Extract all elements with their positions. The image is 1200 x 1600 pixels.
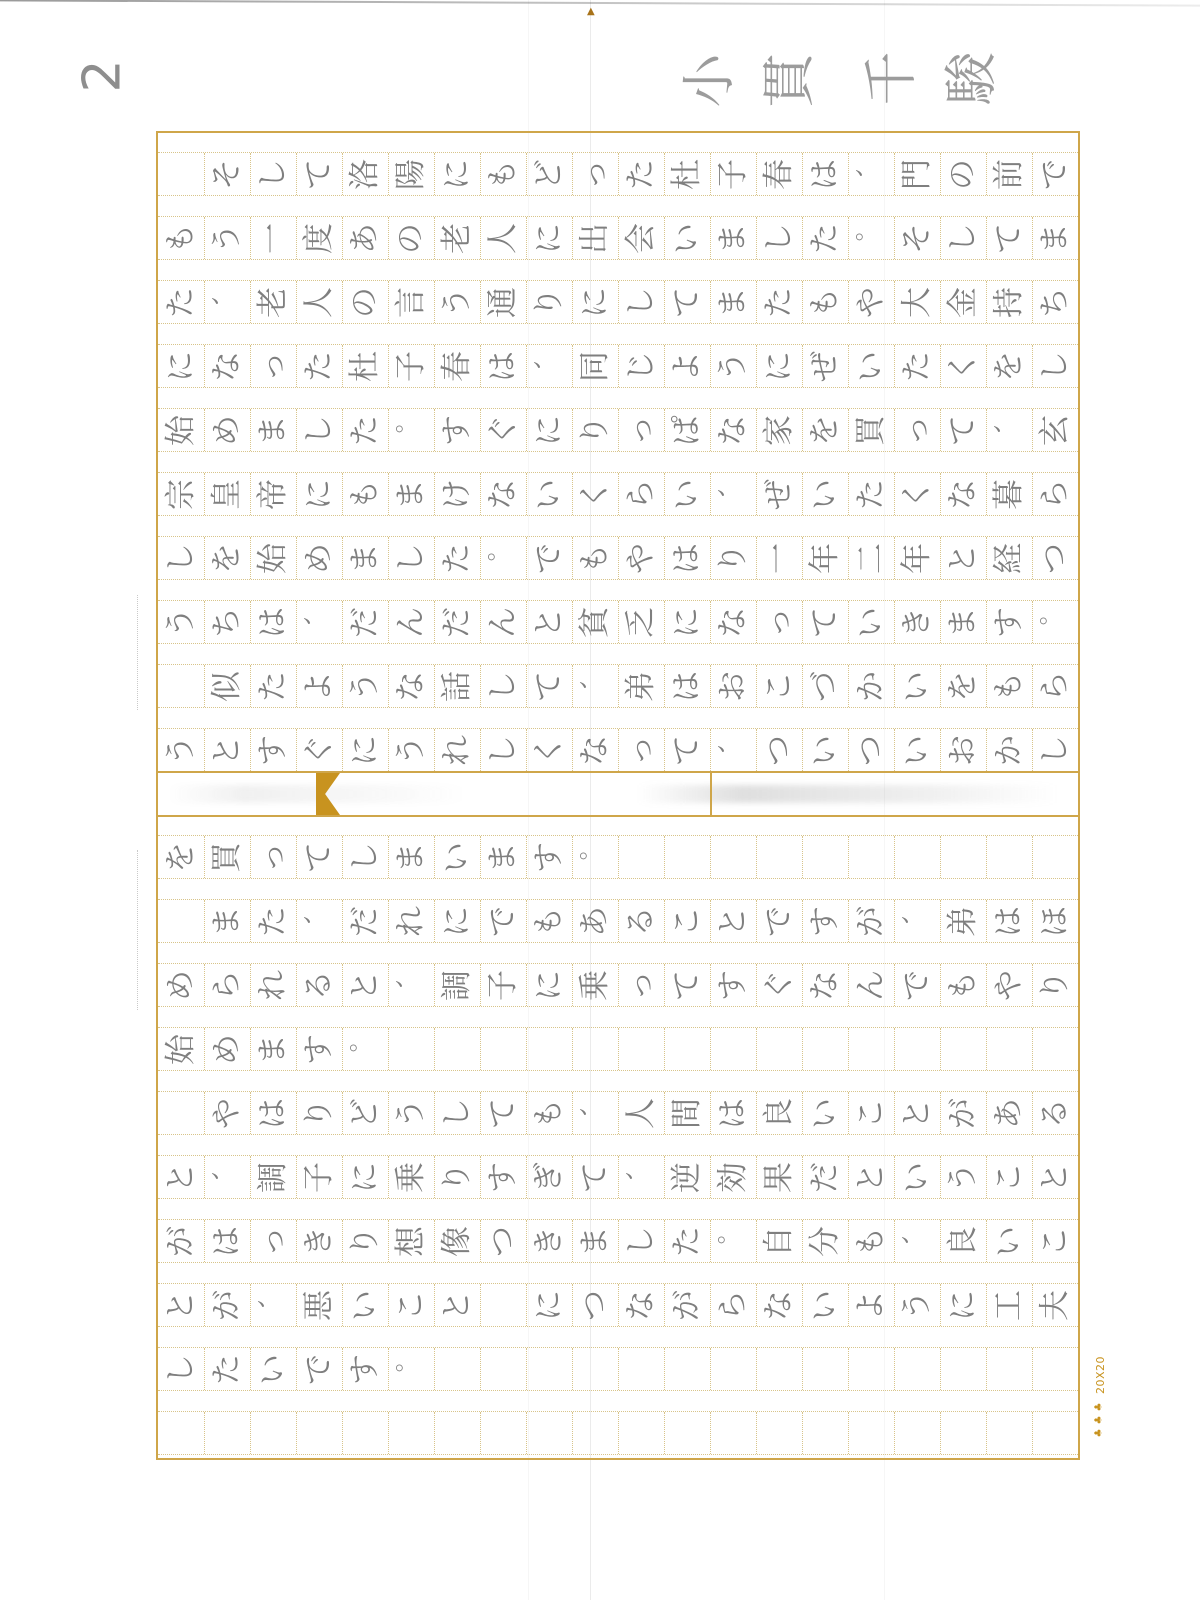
handwritten-character: 年 (810, 543, 841, 574)
grid-cell: い (434, 836, 480, 878)
grid-cell: は (802, 153, 848, 195)
grid-cell (388, 1412, 434, 1454)
grid-cell: し (1032, 729, 1078, 771)
grid-cell: い (342, 1284, 388, 1326)
handwritten-character: り (304, 1098, 335, 1129)
handwritten-character: よ (672, 351, 703, 382)
handwritten-character: り (718, 543, 749, 574)
center-band-top-line (158, 771, 1078, 773)
grid-cell: 調 (434, 964, 480, 1006)
handwritten-character: 同 (580, 351, 611, 382)
handwritten-character: れ (258, 970, 289, 1001)
handwritten-character: が (948, 1098, 979, 1129)
grid-cell: ど (342, 1092, 388, 1134)
grid-cell (848, 836, 894, 878)
grid-cell: め (158, 964, 204, 1006)
handwritten-character: い (856, 607, 887, 638)
grid-cell: し (250, 153, 296, 195)
grid-cell: た (296, 345, 342, 387)
grid-size-label: 20X20 (1094, 1354, 1108, 1396)
grid-cell: や (986, 964, 1032, 1006)
handwritten-character: 。 (487, 538, 511, 562)
handwritten-character: な (626, 1290, 657, 1321)
handwritten-character: ら (626, 479, 657, 510)
grid-cell: っ (250, 836, 296, 878)
grid-cell: 春 (434, 345, 480, 387)
ornament-icon: ♣ (1094, 1416, 1104, 1425)
grid-cell: 子 (296, 1156, 342, 1198)
handwritten-character: う (396, 735, 427, 766)
handwritten-character: い (534, 479, 565, 510)
handwritten-character: し (442, 1098, 473, 1129)
handwritten-character: を (948, 671, 979, 702)
grid-cell: た (848, 473, 894, 515)
handwritten-character: 。 (579, 837, 603, 861)
handwritten-character: う (442, 287, 473, 318)
grid-cell: た (250, 665, 296, 707)
handwritten-character: す (810, 906, 841, 937)
grid-cell: り (710, 537, 756, 579)
handwritten-character: し (166, 543, 197, 574)
grid-cell: の (342, 281, 388, 323)
handwritten-character: 良 (764, 1098, 795, 1129)
handwritten-character: く (580, 479, 611, 510)
manuscript-row: うちは、だんだんと貧乏になっていきます。 (158, 600, 1078, 644)
grid-cell: ま (710, 281, 756, 323)
grid-cell: だ (802, 1156, 848, 1198)
handwritten-character: 調 (442, 970, 473, 1001)
grid-cell: り (526, 281, 572, 323)
grid-cell: や (618, 537, 664, 579)
handwritten-character: 人 (304, 287, 335, 318)
handwritten-character: 、 (257, 1285, 281, 1309)
grid-cell: て (664, 281, 710, 323)
handwritten-character: も (350, 479, 381, 510)
handwritten-character: ぜ (764, 479, 795, 510)
handwritten-character: て (488, 1098, 519, 1129)
handwritten-character: 、 (395, 965, 419, 989)
grid-cell (756, 1028, 802, 1070)
grid-cell: 人 (296, 281, 342, 323)
handwritten-character: 宗 (166, 479, 197, 510)
grid-cell: も (342, 473, 388, 515)
handwritten-character: 話 (442, 671, 473, 702)
grid-cell: 帝 (250, 473, 296, 515)
grid-cell: な (618, 1284, 664, 1326)
grid-cell: 人 (480, 217, 526, 259)
handwritten-character: は (672, 543, 703, 574)
grid-cell: こ (848, 1092, 894, 1134)
grid-cell: す (710, 964, 756, 1006)
handwritten-character: 、 (211, 282, 235, 306)
handwritten-character: 陽 (396, 159, 427, 190)
handwritten-character: 、 (303, 602, 327, 626)
handwritten-character: し (396, 543, 427, 574)
handwritten-character: は (488, 351, 519, 382)
handwritten-character: な (580, 735, 611, 766)
grid-cell: が (848, 900, 894, 942)
grid-cell: ま (388, 473, 434, 515)
manuscript-row: になった杜子春は、同じようにぜいたくをし (158, 344, 1078, 388)
grid-cell: 像 (434, 1220, 480, 1262)
handwritten-character: 玄 (1040, 415, 1071, 446)
grid-cell: か (848, 665, 894, 707)
grid-cell: は (710, 1092, 756, 1134)
handwritten-character: す (304, 1034, 335, 1065)
handwritten-character: と (902, 1098, 933, 1129)
grid-cell (480, 1348, 526, 1390)
grid-cell (848, 1028, 894, 1070)
handwritten-character: し (764, 223, 795, 254)
handwritten-character: し (626, 287, 657, 318)
grid-cell: も (848, 1220, 894, 1262)
grid-cell: て (986, 217, 1032, 259)
grid-cell: に (664, 601, 710, 643)
grid-cell: で (296, 1348, 342, 1390)
grid-cell: け (434, 473, 480, 515)
grid-cell: 乗 (388, 1156, 434, 1198)
handwritten-character: だ (442, 607, 473, 638)
handwritten-character: こ (396, 1290, 427, 1321)
handwritten-character: う (902, 1290, 933, 1321)
grid-cell: 同 (572, 345, 618, 387)
grid-cell: で (1032, 153, 1078, 195)
handwritten-character: り (580, 415, 611, 446)
handwritten-character: し (350, 842, 381, 873)
grid-cell: 子 (388, 345, 434, 387)
handwritten-character: な (718, 607, 749, 638)
page-number: 2 (77, 59, 129, 92)
grid-cell (710, 1028, 756, 1070)
handwritten-character: ど (534, 159, 565, 190)
grid-cell: た (158, 281, 204, 323)
grid-cell: は (480, 345, 526, 387)
grid-cell: ま (204, 900, 250, 942)
grid-cell: 一 (756, 537, 802, 579)
handwritten-character: た (258, 906, 289, 937)
handwritten-character: も (948, 970, 979, 1001)
grid-cell (848, 1412, 894, 1454)
grid-cell: 言 (388, 281, 434, 323)
grid-cell: く (572, 473, 618, 515)
manuscript-row: と、調子に乗りすぎて、逆効果だということ (158, 1155, 1078, 1199)
handwritten-character: 買 (856, 415, 887, 446)
grid-cell: 想 (388, 1220, 434, 1262)
grid-cell: に (526, 964, 572, 1006)
grid-cell: に (526, 409, 572, 451)
grid-cell: る (296, 964, 342, 1006)
grid-cell (1032, 1412, 1078, 1454)
grid-cell: た (618, 153, 664, 195)
grid-cell: い (802, 473, 848, 515)
handwritten-character: こ (994, 1162, 1025, 1193)
grid-cell: ら (1032, 473, 1078, 515)
grid-cell: 悪 (296, 1284, 342, 1326)
grid-cell: は (250, 1092, 296, 1134)
handwritten-character: め (212, 415, 243, 446)
handwritten-character: し (166, 1354, 197, 1385)
handwritten-character: を (810, 415, 841, 446)
grid-cell: ぜ (756, 473, 802, 515)
handwritten-character: 。 (349, 1029, 373, 1053)
grid-cell: ら (710, 1284, 756, 1326)
handwritten-character: ま (396, 842, 427, 873)
grid-cell: 、 (572, 665, 618, 707)
grid-cell: と (158, 1284, 204, 1326)
grid-cell: く (894, 473, 940, 515)
grid-cell: そ (894, 217, 940, 259)
grid-cell (664, 1348, 710, 1390)
grid-cell: い (802, 1284, 848, 1326)
handwritten-character: ぎ (534, 1162, 565, 1193)
grid-cell: を (940, 665, 986, 707)
handwritten-character: よ (304, 671, 335, 702)
handwritten-character: 、 (533, 346, 557, 370)
handwritten-character: た (856, 479, 887, 510)
grid-cell (802, 1412, 848, 1454)
handwritten-character: 子 (304, 1162, 335, 1193)
handwritten-character: た (166, 287, 197, 318)
grid-cell: す (480, 1156, 526, 1198)
grid-cell: れ (434, 729, 480, 771)
handwritten-character: 。 (395, 1349, 419, 1373)
grid-cell: い (664, 217, 710, 259)
handwritten-character: 、 (901, 901, 925, 925)
handwritten-character: 、 (303, 901, 327, 925)
grid-cell: 。 (848, 217, 894, 259)
grid-cell (342, 1412, 388, 1454)
manuscript-row: 始めました。すぐにりっぱな家を買って、玄 (158, 408, 1078, 452)
handwritten-character: ま (948, 607, 979, 638)
grid-cell: き (526, 1220, 572, 1262)
grid-cell: 、 (204, 281, 250, 323)
grid-cell: い (802, 729, 848, 771)
grid-cell: り (572, 409, 618, 451)
handwritten-character: で (1040, 159, 1071, 190)
grid-cell: っ (756, 601, 802, 643)
grid-cell: 、 (894, 900, 940, 942)
handwritten-character: づ (810, 671, 841, 702)
grid-cell: ち (1032, 281, 1078, 323)
manuscript-row: うとすぐにうれしくなって、ついついおかし (158, 728, 1078, 772)
grid-cell: に (342, 1156, 388, 1198)
grid-cell (158, 1412, 204, 1454)
grid-cell: と (940, 537, 986, 579)
margin-dotted-guide (137, 850, 138, 1010)
handwritten-character: で (764, 906, 795, 937)
handwritten-character: た (350, 415, 381, 446)
handwritten-character: ど (350, 1098, 381, 1129)
grid-cell: な (710, 601, 756, 643)
grid-cell: と (848, 1156, 894, 1198)
grid-cell (1032, 1028, 1078, 1070)
grid-cell: 持 (986, 281, 1032, 323)
handwritten-character: 。 (855, 218, 879, 242)
handwritten-character: す (442, 415, 473, 446)
grid-cell: ま (250, 1028, 296, 1070)
handwritten-character: 逆 (672, 1162, 703, 1193)
grid-cell (664, 1028, 710, 1070)
grid-cell: す (342, 1348, 388, 1390)
handwritten-character: や (626, 543, 657, 574)
manuscript-row: したいです。 (158, 1347, 1078, 1391)
handwritten-character: 、 (855, 154, 879, 178)
handwritten-character: め (212, 1034, 243, 1065)
grid-cell: な (756, 1284, 802, 1326)
grid-cell: う (388, 1092, 434, 1134)
handwritten-character: な (396, 671, 427, 702)
handwritten-character: と (534, 607, 565, 638)
handwritten-character: し (488, 671, 519, 702)
grid-cell (986, 836, 1032, 878)
handwritten-character: な (810, 970, 841, 1001)
grid-cell: め (204, 1028, 250, 1070)
handwritten-character: で (488, 906, 519, 937)
handwritten-character: の (948, 159, 979, 190)
handwritten-character: し (626, 1226, 657, 1257)
grid-cell: る (618, 900, 664, 942)
grid-cell: で (894, 964, 940, 1006)
grid-cell: 会 (618, 217, 664, 259)
grid-cell: 陽 (388, 153, 434, 195)
grid-cell (388, 1028, 434, 1070)
manuscript-row: を買ってしまいます。 (158, 835, 1078, 879)
grid-cell: な (204, 345, 250, 387)
handwritten-character: り (350, 1226, 381, 1257)
handwritten-character: し (258, 159, 289, 190)
margin-dotted-guide (137, 595, 138, 710)
handwritten-character: を (212, 543, 243, 574)
handwritten-character: ら (212, 970, 243, 1001)
grid-cell: 、 (618, 1156, 664, 1198)
handwritten-character: 、 (717, 730, 741, 754)
handwritten-character: た (442, 543, 473, 574)
grid-cell: に (572, 281, 618, 323)
grid-cell: も (802, 281, 848, 323)
grid-cell: た (250, 900, 296, 942)
grid-cell (1032, 1348, 1078, 1390)
handwritten-character: 始 (166, 1034, 197, 1065)
handwritten-character: ら (1040, 479, 1071, 510)
handwritten-character: な (764, 1290, 795, 1321)
manuscript-row: やはりどうしても、人間は良いことがある (158, 1091, 1078, 1135)
handwritten-character: 、 (625, 1157, 649, 1181)
handwritten-character: 弟 (626, 671, 657, 702)
handwritten-character: た (258, 671, 289, 702)
manuscript-row: とが、悪いことにつながらないように工夫 (158, 1283, 1078, 1327)
grid-cell: い (664, 473, 710, 515)
handwritten-character: う (350, 671, 381, 702)
grid-cell (572, 1028, 618, 1070)
grid-cell: た (434, 537, 480, 579)
grid-cell: た (894, 345, 940, 387)
grid-cell: も (526, 900, 572, 942)
handwritten-character: 会 (626, 223, 657, 254)
grid-cell: と (1032, 1156, 1078, 1198)
grid-cell: し (756, 217, 802, 259)
grid-cell: 、 (986, 409, 1032, 451)
grid-cell: い (848, 601, 894, 643)
handwritten-character: 年 (902, 543, 933, 574)
grid-cell: う (710, 345, 756, 387)
handwritten-character: い (672, 479, 703, 510)
grid-cell: 老 (250, 281, 296, 323)
handwritten-character: っ (626, 970, 657, 1001)
grid-cell: 経 (986, 537, 1032, 579)
handwritten-character: に (764, 351, 795, 382)
grid-cell (434, 1348, 480, 1390)
handwritten-character: ま (350, 543, 381, 574)
grid-cell (158, 665, 204, 707)
handwritten-character: 暮 (994, 479, 1025, 510)
grid-cell (434, 1412, 480, 1454)
grid-cell: 子 (710, 153, 756, 195)
handwritten-character: こ (672, 906, 703, 937)
handwritten-character: き (534, 1226, 565, 1257)
grid-cell: 、 (388, 964, 434, 1006)
grid-cell: り (296, 1092, 342, 1134)
grid-cell: 、 (204, 1156, 250, 1198)
handwritten-character: し (488, 735, 519, 766)
grid-cell (250, 1412, 296, 1454)
grid-cell (664, 1412, 710, 1454)
grid-cell: 貧 (572, 601, 618, 643)
grid-cell (526, 1028, 572, 1070)
manuscript-row: しを始めました。でもやはり一年二年と経つ (158, 536, 1078, 580)
handwritten-character: 洛 (350, 159, 381, 190)
grid-cell: 、 (526, 345, 572, 387)
handwritten-character: ち (212, 607, 243, 638)
grid-cell: が (204, 1284, 250, 1326)
grid-cell: て (940, 409, 986, 451)
grid-cell: す (986, 601, 1032, 643)
grid-cell: 、 (710, 729, 756, 771)
handwritten-character: 分 (810, 1226, 841, 1257)
grid-cell: も (480, 153, 526, 195)
handwritten-character: つ (764, 735, 795, 766)
handwritten-character: ん (856, 970, 887, 1001)
grid-cell: と (710, 900, 756, 942)
handwritten-character: て (304, 159, 335, 190)
grid-cell: ぐ (480, 409, 526, 451)
handwritten-character: あ (580, 906, 611, 937)
handwritten-character: 杜 (672, 159, 703, 190)
grid-cell: た (756, 281, 802, 323)
grid-cell: よ (848, 1284, 894, 1326)
handwritten-character: て (534, 671, 565, 702)
handwritten-character: い (350, 1290, 381, 1321)
grid-cell: 、 (296, 900, 342, 942)
handwritten-character: う (212, 223, 243, 254)
grid-cell: く (526, 729, 572, 771)
grid-cell: ん (848, 964, 894, 1006)
grid-cell: う (342, 665, 388, 707)
handwritten-character: と (442, 1290, 473, 1321)
handwritten-character: 一 (764, 543, 795, 574)
handwritten-character: っ (258, 351, 289, 382)
manuscript-row: もう一度あの老人に出会いました。そしてま (158, 216, 1078, 260)
grid-cell: つ (756, 729, 802, 771)
grid-cell (158, 153, 204, 195)
grid-cell: も (940, 964, 986, 1006)
grid-cell: 。 (480, 537, 526, 579)
grid-cell: れ (388, 900, 434, 942)
grid-cell: つ (572, 1284, 618, 1326)
handwritten-character: す (718, 970, 749, 1001)
handwritten-character: 似 (212, 671, 243, 702)
grid-cell: 宗 (158, 473, 204, 515)
grid-cell: が (664, 1284, 710, 1326)
